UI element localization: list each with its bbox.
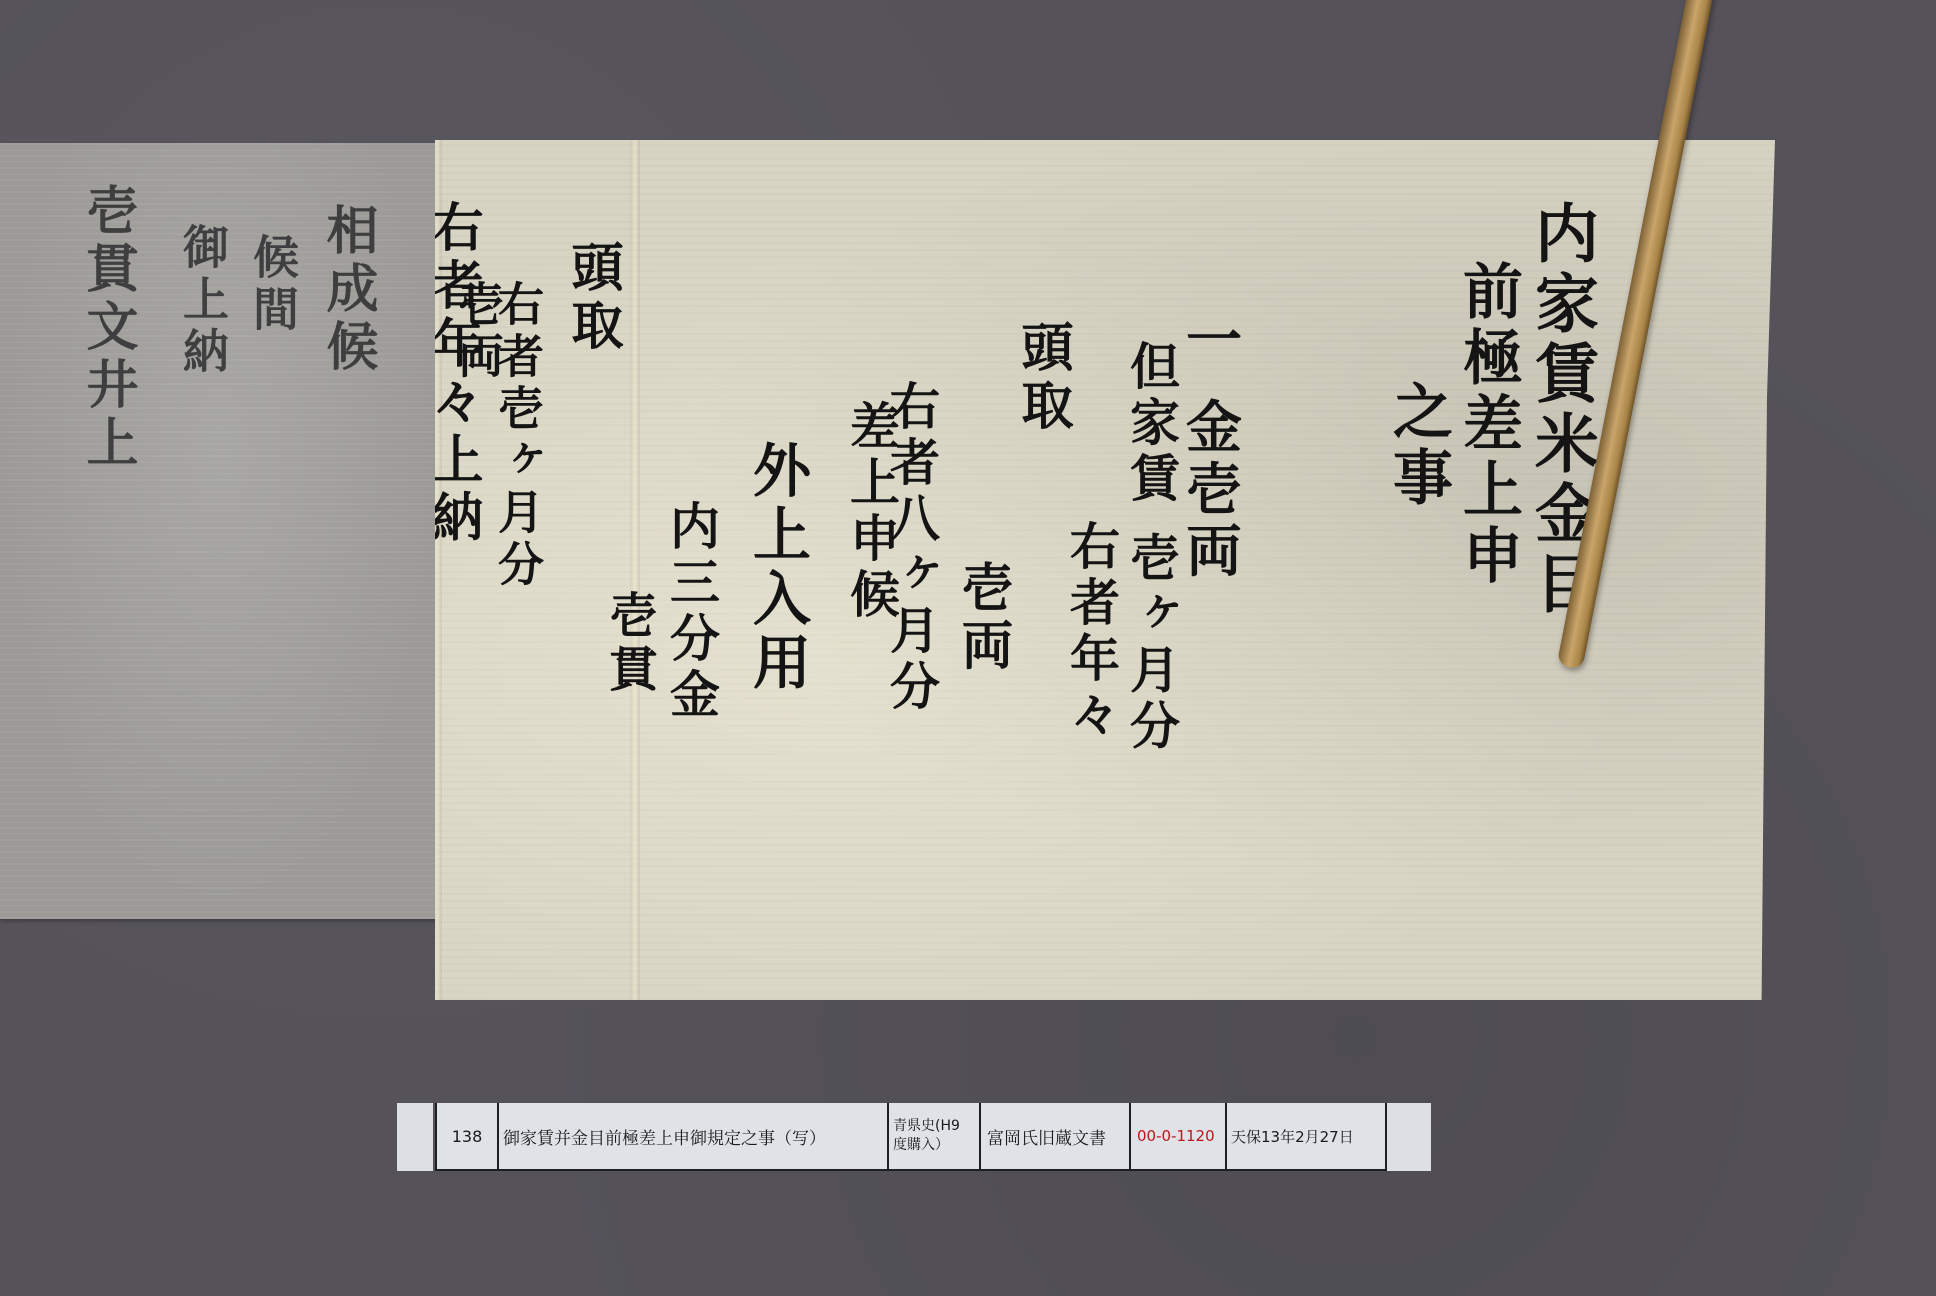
calligraphy-column: 候間	[240, 233, 306, 337]
calligraphy-column: 右者壱ヶ月分	[485, 280, 551, 592]
calligraphy-column: 外上入用	[735, 440, 819, 696]
label-blank-left	[397, 1103, 433, 1171]
calligraphy-column: 壱貫	[595, 590, 664, 698]
label-source-line1: 青県史(H9	[893, 1117, 960, 1136]
label-title: 御家賃并金目前極差上申御規定之事（写）	[499, 1103, 889, 1171]
calligraphy-column: 一 金壱両	[1170, 310, 1250, 584]
paper-fold	[630, 140, 640, 1000]
label-code: 00-0-1120	[1131, 1103, 1227, 1171]
calligraphy-column: 頭取	[1005, 320, 1080, 436]
calligraphy-column: 御上納	[170, 223, 236, 379]
calligraphy-column: 壱両	[945, 560, 1020, 676]
calligraphy-column: 相成候	[310, 203, 385, 377]
calligraphy-column: 壱貫文井上	[70, 183, 145, 473]
label-number: 138	[435, 1103, 499, 1171]
calligraphy-column: 頭取	[555, 240, 630, 356]
label-collection: 富岡氏旧蔵文書	[981, 1103, 1131, 1171]
label-source: 青県史(H9 度購入）	[889, 1103, 981, 1171]
label-date: 天保13年2月27日	[1227, 1103, 1387, 1171]
label-blank-right	[1387, 1103, 1431, 1171]
calligraphy-column: 右者八ヶ月分	[875, 380, 947, 716]
label-source-line2: 度購入）	[893, 1136, 960, 1155]
calligraphy-column: 内三分金	[655, 500, 727, 724]
catalog-label: 138 御家賃并金目前極差上申御規定之事（写） 青県史(H9 度購入） 富岡氏旧…	[397, 1103, 1431, 1171]
backing-sheet: 壱貫文井上 御上納 候間 相成候	[0, 143, 440, 919]
